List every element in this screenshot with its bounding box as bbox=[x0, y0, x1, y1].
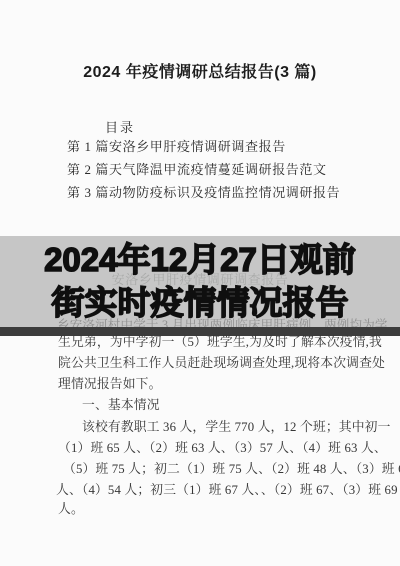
body-line: 人、（4）54 人；初三（1）班 67 人、、（2）班 67、（3）班 69 bbox=[56, 479, 398, 498]
document-title: 2024 年疫情调研总结报告(3 篇) bbox=[0, 59, 400, 82]
body-line: 生兄弟，为中学初一（5）班学生,为及时了解本次疫情,我 bbox=[58, 331, 382, 350]
toc-heading: 目录 bbox=[105, 117, 135, 136]
body-line: （5）班 75 人；初二（1）班 75 人、（2）班 48 人、（3）班 67 bbox=[63, 458, 400, 477]
body-line: 理情况报告如下。 bbox=[58, 373, 162, 392]
headline-line-1: 2024年12月27日观前 bbox=[0, 238, 400, 281]
body-line: 院公共卫生科工作人员赶赴现场调查处理,现将本次调查处 bbox=[58, 352, 385, 371]
toc-item-2: 第 2 篇天气降温甲流疫情蔓延调研报告范文 bbox=[67, 159, 327, 178]
body-line: 人。 bbox=[58, 498, 84, 517]
headline-title: 2024年12月27日观前 街实时疫情情况报告 bbox=[0, 238, 400, 324]
toc-item-1: 第 1 篇安洛乡甲肝疫情调研调查报告 bbox=[67, 136, 286, 155]
headline-overlay: 安洛乡甲肝疫情调研调查报告 乡安洛河村中学于 3 月出现两例临床甲肝病例，两例均… bbox=[0, 236, 400, 332]
document-page: 2024 年疫情调研总结报告(3 篇) 目录 第 1 篇安洛乡甲肝疫情调研调查报… bbox=[0, 0, 400, 566]
toc-item-3: 第 3 篇动物防疫标识及疫情监控情况调研报告 bbox=[67, 182, 340, 201]
body-line-section-heading: 一、基本情况 bbox=[82, 394, 160, 413]
body-line: （1）班 65 人、（2）班 63 人、（3）57 人、（4）班 63 人、 bbox=[58, 437, 387, 456]
headline-line-2: 街实时疫情情况报告 bbox=[0, 281, 400, 324]
body-line: 该校有教职工 36 人，学生 770 人，12 个班；其中初一 bbox=[82, 416, 391, 435]
